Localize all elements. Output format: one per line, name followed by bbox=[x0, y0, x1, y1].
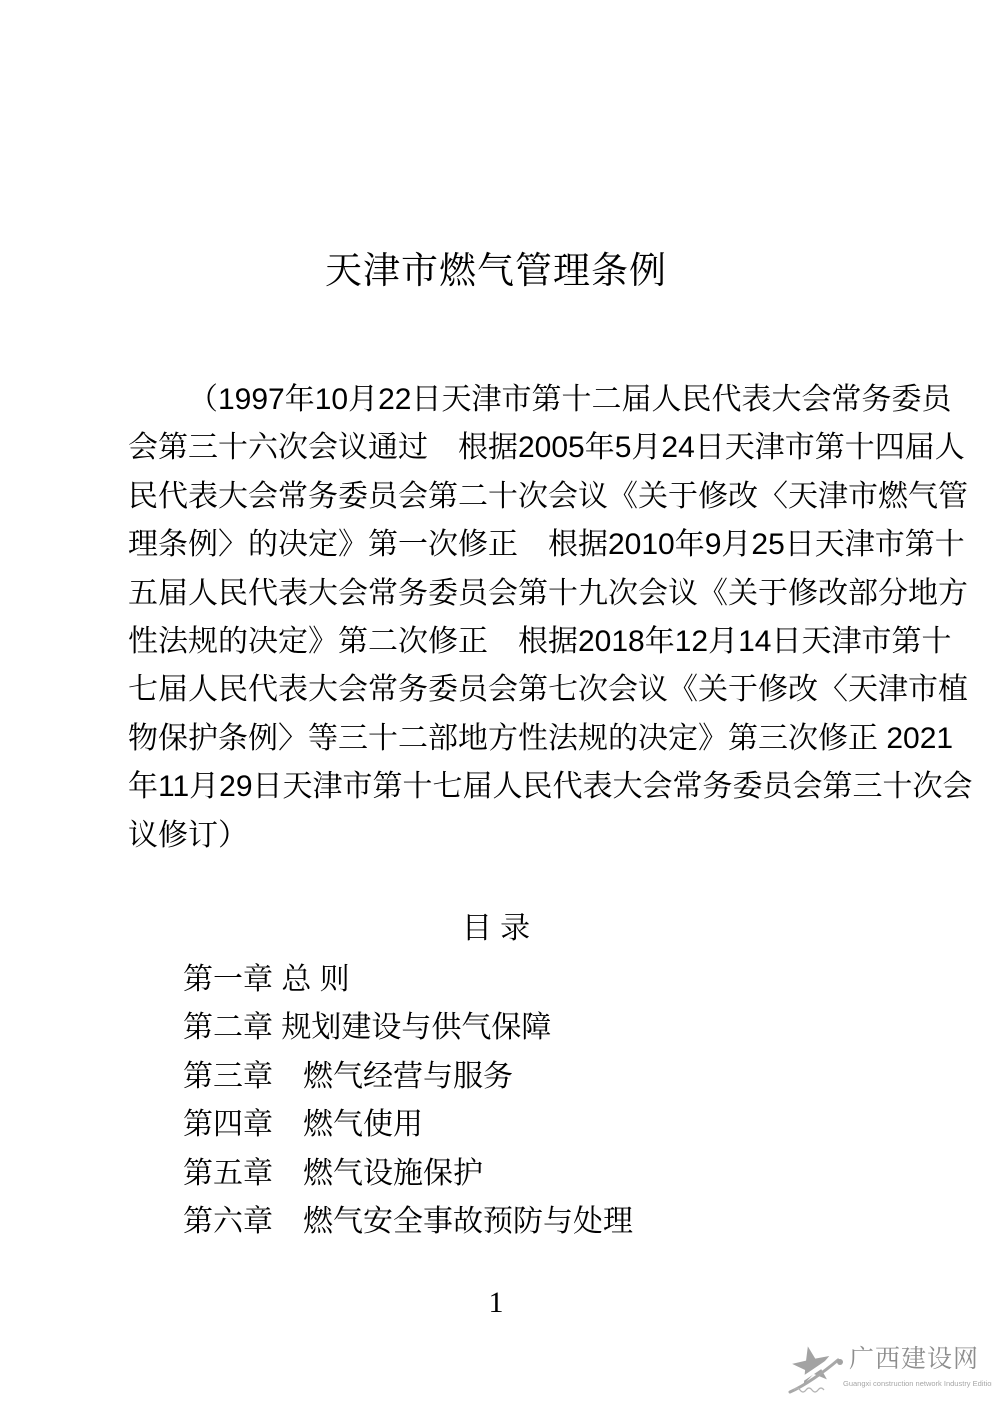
preamble-line: 议修订） bbox=[128, 812, 890, 860]
preamble-line: 理条例〉的决定》第一次修正 根据2010年9月25日天津市第十 bbox=[128, 521, 890, 569]
toc-item-chapter-1: 第一章 总 则 bbox=[183, 956, 903, 1004]
toc-item-chapter-2: 第二章 规划建设与供气保障 bbox=[183, 1004, 903, 1052]
preamble-line: 物保护条例〉等三十二部地方性法规的决定》第三次修正 2021 bbox=[128, 715, 890, 763]
preamble-line: 五届人民代表大会常务委员会第十九次会议《关于修改部分地方 bbox=[128, 570, 890, 618]
page-title: 天津市燃气管理条例 bbox=[0, 248, 992, 294]
preamble-paragraph: （1997年10月22日天津市第十二届人民代表大会常务委员 会第三十六次会议通过… bbox=[128, 376, 890, 860]
preamble-line: 会第三十六次会议通过 根据2005年5月24日天津市第十四届人 bbox=[128, 424, 890, 472]
page-number: 1 bbox=[0, 1286, 992, 1320]
watermark-site-name: 广西建设网 bbox=[849, 1346, 979, 1374]
watermark-tagline: Guangxi construction network Industry Ed… bbox=[843, 1379, 992, 1388]
toc-item-chapter-4: 第四章 燃气使用 bbox=[183, 1101, 903, 1149]
star-logo-icon bbox=[788, 1344, 846, 1396]
toc-item-chapter-3: 第三章 燃气经营与服务 bbox=[183, 1053, 903, 1101]
watermark: 广西建设网 Guangxi construction network Indus… bbox=[772, 1336, 992, 1402]
toc-item-chapter-5: 第五章 燃气设施保护 bbox=[183, 1150, 903, 1198]
table-of-contents: 第一章 总 则 第二章 规划建设与供气保障 第三章 燃气经营与服务 第四章 燃气… bbox=[183, 956, 903, 1246]
preamble-line: 民代表大会常务委员会第二十次会议《关于修改〈天津市燃气管 bbox=[128, 473, 890, 521]
catalog-heading: 目 录 bbox=[0, 905, 992, 953]
preamble-line: 年11月29日天津市第十七届人民代表大会常务委员会第三十次会 bbox=[128, 763, 890, 811]
preamble-line: 七届人民代表大会常务委员会第七次会议《关于修改〈天津市植 bbox=[128, 666, 890, 714]
preamble-line: （1997年10月22日天津市第十二届人民代表大会常务委员 bbox=[128, 376, 890, 424]
preamble-line: 性法规的决定》第二次修正 根据2018年12月14日天津市第十 bbox=[128, 618, 890, 666]
toc-item-chapter-6: 第六章 燃气安全事故预防与处理 bbox=[183, 1198, 903, 1246]
